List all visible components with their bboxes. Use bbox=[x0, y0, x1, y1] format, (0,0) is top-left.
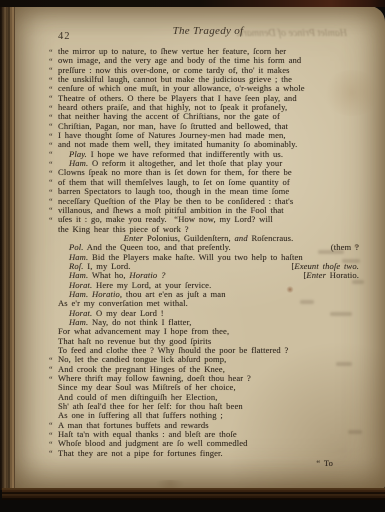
line-text: (them ? bbox=[331, 242, 359, 252]
stage-direction: (them ? bbox=[331, 243, 359, 252]
commonplace-quote-mark: “ bbox=[49, 132, 53, 141]
commonplace-quote-mark: “ bbox=[49, 122, 53, 131]
commonplace-quote-mark: “ bbox=[49, 104, 53, 113]
catchword: To bbox=[324, 458, 333, 468]
line-text: and bbox=[235, 233, 252, 243]
commonplace-quote-mark: “ bbox=[49, 48, 53, 57]
commonplace-quote-mark: “ bbox=[49, 76, 53, 85]
top-page-edges bbox=[0, 0, 385, 7]
commonplace-quote-mark: “ bbox=[49, 197, 53, 206]
text-block: “the mirror up to nature, to ſhew vertue… bbox=[58, 47, 359, 468]
commonplace-quote-mark: “ bbox=[49, 449, 53, 458]
commonplace-quote-mark: “ bbox=[49, 94, 53, 103]
commonplace-quote-mark: “ bbox=[49, 85, 53, 94]
text-line: “That they are not a pipe for fortunes f… bbox=[58, 449, 359, 458]
commonplace-quote-mark: “ bbox=[49, 57, 53, 66]
commonplace-quote-mark: “ bbox=[49, 188, 53, 197]
commonplace-quote-mark: “ bbox=[49, 178, 53, 187]
commonplace-quote-mark: “ bbox=[49, 216, 53, 225]
commonplace-quote-mark: “ bbox=[49, 431, 53, 440]
line-text: That they are not a pipe for fortunes fi… bbox=[58, 448, 223, 458]
running-title: The Tragedy of bbox=[58, 25, 358, 37]
commonplace-quote-mark: “ bbox=[49, 375, 53, 384]
commonplace-quote-mark: “ bbox=[49, 141, 53, 150]
commonplace-quote-mark: “ bbox=[49, 421, 53, 430]
stage-direction: [Enter Horatio. bbox=[303, 271, 359, 280]
book-page: Hamlet Prince of Denmark. 42 The Tragedy… bbox=[10, 6, 385, 489]
bottom-page-edges bbox=[2, 488, 385, 500]
catchword-row: “ To bbox=[58, 459, 359, 468]
line-text: Horatio. bbox=[330, 270, 359, 280]
commonplace-quote-mark: “ bbox=[49, 356, 53, 365]
commonplace-quote-mark: “ bbox=[49, 169, 53, 178]
catchword-quote-mark: “ bbox=[316, 458, 324, 468]
commonplace-quote-mark: “ bbox=[49, 365, 53, 374]
page-stack-edge bbox=[0, 5, 15, 490]
commonplace-quote-mark: “ bbox=[49, 440, 53, 449]
commonplace-quote-mark: “ bbox=[49, 66, 53, 75]
commonplace-quote-mark: “ bbox=[49, 206, 53, 215]
commonplace-quote-mark: “ bbox=[49, 113, 53, 122]
line-text: Roſencraus. bbox=[251, 233, 293, 243]
line-text: Enter bbox=[306, 270, 329, 280]
commonplace-quote-mark: “ bbox=[49, 160, 53, 169]
commonplace-quote-mark: “ bbox=[49, 150, 53, 159]
